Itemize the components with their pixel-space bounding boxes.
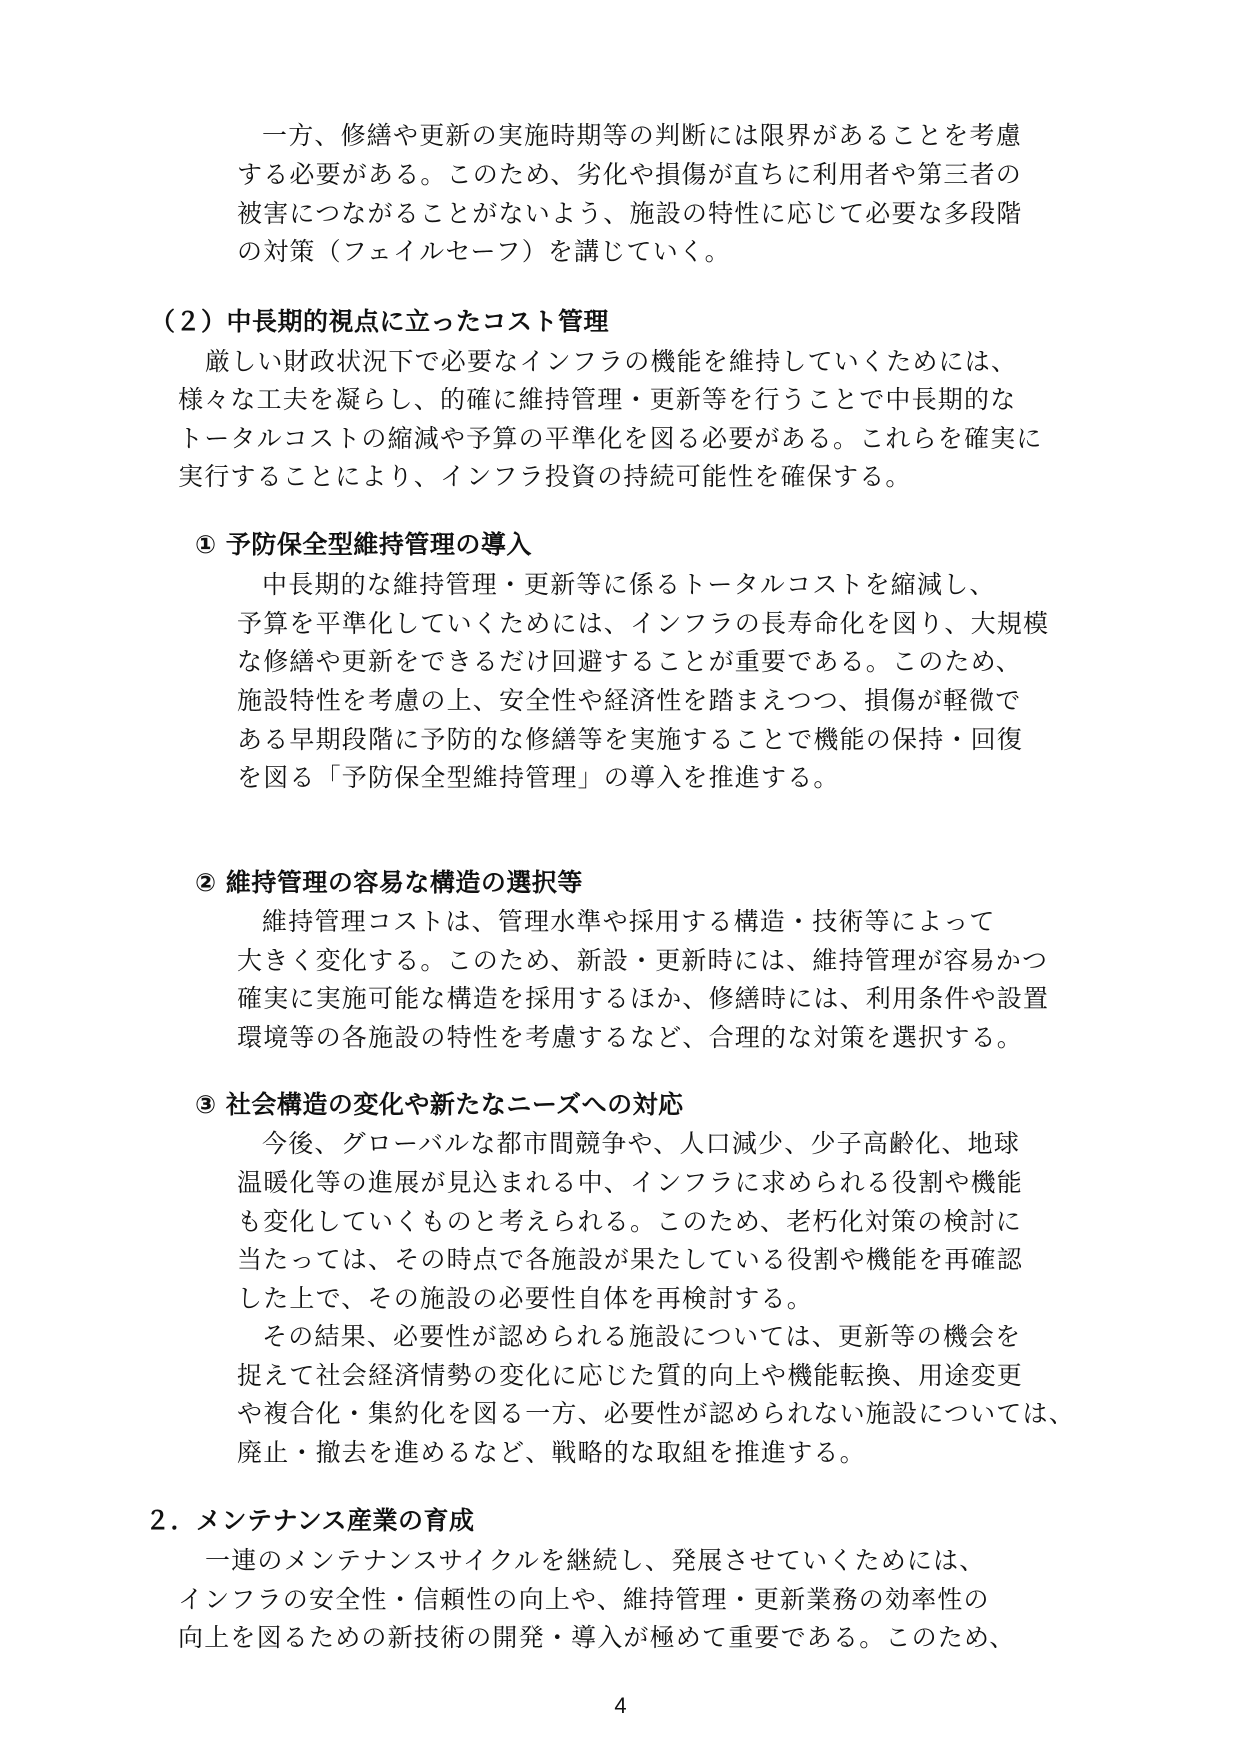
- text-line: 様々な工夫を凝らし、的確に維持管理・更新等を行うことで中長期的な: [178, 385, 1016, 415]
- text-line: 今後、グローバルな都市間競争や、人口減少、少子高齢化、地球: [262, 1129, 1020, 1159]
- subheading-easy-maintenance-structure: ② 維持管理の容易な構造の選択等: [195, 868, 583, 898]
- text-line: した上で、その施設の必要性自体を再検討する。: [237, 1284, 813, 1314]
- text-line: トータルコストの縮減や予算の平準化を図る必要がある。これらを確実に: [178, 424, 1043, 454]
- section-heading-maintenance-industry: ２．メンテナンス産業の育成: [145, 1506, 475, 1536]
- text-line: ある早期段階に予防的な修繕等を実施することで機能の保持・回復: [237, 725, 1023, 755]
- text-line: 温暖化等の進展が見込まれる中、インフラに求められる役割や機能: [237, 1168, 1023, 1198]
- text-line: な修繕や更新をできるだけ回避することが重要である。このため、: [237, 647, 1022, 677]
- text-line: する必要がある。このため、劣化や損傷が直ちに利用者や第三者の: [237, 160, 1022, 190]
- text-line: を図る「予防保全型維持管理」の導入を推進する。: [237, 763, 840, 793]
- text-line: 向上を図るための新技術の開発・導入が極めて重要である。このため、: [178, 1623, 1015, 1653]
- subheading-preventive-maintenance: ① 予防保全型維持管理の導入: [195, 530, 532, 560]
- text-line: 確実に実施可能な構造を採用するほか、修繕時には、利用条件や設置: [237, 984, 1049, 1014]
- text-line: 捉えて社会経済情勢の変化に応じた質的向上や機能転換、用途変更: [237, 1361, 1023, 1391]
- text-line: 大きく変化する。このため、新設・更新時には、維持管理が容易かつ: [237, 946, 1048, 976]
- text-line: や複合化・集約化を図る一方、必要性が認められない施設については、: [237, 1399, 1075, 1429]
- text-line: 当たっては、その時点で各施設が果たしている役割や機能を再確認: [237, 1245, 1023, 1275]
- text-line: その結果、必要性が認められる施設については、更新等の機会を: [262, 1322, 1021, 1352]
- text-line: の対策（フェイルセーフ）を講じていく。: [237, 237, 731, 267]
- page-number: 4: [0, 1693, 1241, 1719]
- section-heading-cost-management: （２）中長期的視点に立ったコスト管理: [150, 307, 609, 337]
- text-line: 予算を平準化していくためには、インフラの長寿命化を図り、大規模: [237, 609, 1049, 639]
- text-line: も変化していくものと考えられる。このため、老朽化対策の検討に: [237, 1207, 1022, 1237]
- text-line: 実行することにより、インフラ投資の持続可能性を確保する。: [178, 462, 912, 492]
- text-line: 施設特性を考慮の上、安全性や経済性を踏まえつつ、損傷が軽微で: [237, 686, 1022, 716]
- text-line: 被害につながることがないよう、施設の特性に応じて必要な多段階: [237, 199, 1023, 229]
- text-line: インフラの安全性・信頼性の向上や、維持管理・更新業務の効率性の: [178, 1585, 990, 1615]
- text-line: 一方、修繕や更新の実施時期等の判断には限界があることを考慮: [262, 121, 1022, 151]
- text-line: 環境等の各施設の特性を考慮するなど、合理的な対策を選択する。: [237, 1023, 1023, 1053]
- text-line: 廃止・撤去を進めるなど、戦略的な取組を推進する。: [237, 1438, 866, 1468]
- text-line: 厳しい財政状況下で必要なインフラの機能を維持していくためには、: [205, 347, 1017, 377]
- text-line: 中長期的な維持管理・更新等に係るトータルコストを縮減し、: [262, 570, 996, 600]
- text-line: 一連のメンテナンスサイクルを継続し、発展させていくためには、: [205, 1546, 986, 1576]
- text-line: 維持管理コストは、管理水準や採用する構造・技術等によって: [262, 907, 996, 937]
- subheading-social-change: ③ 社会構造の変化や新たなニーズへの対応: [195, 1090, 684, 1120]
